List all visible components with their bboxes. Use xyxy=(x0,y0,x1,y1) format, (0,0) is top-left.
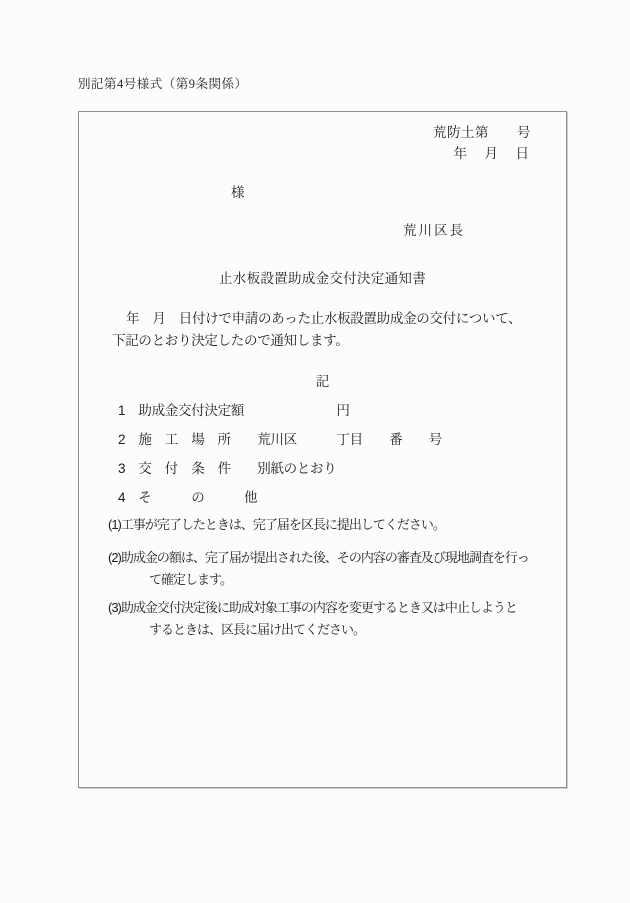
date-line: 年 月 日 xyxy=(454,147,532,161)
body-paragraph-line-1: 年 月 日付けで申請のあった止水板設置助成金の交付について、 xyxy=(126,312,521,326)
item-other: 4 そ の 他 xyxy=(118,491,257,505)
document-page: 別記第4号様式（第9条関係） 荒防土第 号 年 月 日 様 荒川区長 止水板設置… xyxy=(0,0,630,903)
record-heading: 記 xyxy=(79,375,566,389)
sender-name: 荒川区長 xyxy=(403,224,465,238)
note-3-line-1: (3)助成金交付決定後に助成対象工事の内容を変更するとき又は中止しようと xyxy=(108,601,517,614)
doc-number-line: 荒防土第 号 xyxy=(433,126,531,140)
note-2-line-2: て確定します。 xyxy=(149,573,232,586)
item-grant-conditions: 3 交 付 条 件 別紙のとおり xyxy=(118,462,336,476)
item-construction-site: 2 施 工 場 所 荒川区 丁目 番 号 xyxy=(118,433,442,447)
note-3-line-2: するときは、区長に届け出てください。 xyxy=(149,623,365,636)
document-border-box: 荒防土第 号 年 月 日 様 荒川区長 止水板設置助成金交付決定通知書 年 月 … xyxy=(78,111,567,788)
note-1: (1)工事が完了したときは、完了届を区長に提出してください。 xyxy=(108,518,445,531)
item-grant-decision-amount: 1 助成金交付決定額 円 xyxy=(118,404,350,418)
form-reference-label: 別記第4号様式（第9条関係） xyxy=(78,78,248,91)
note-2-line-1: (2)助成金の額は、完了届が提出された後、その内容の審査及び現地調査を行っ xyxy=(108,551,529,564)
addressee-suffix: 様 xyxy=(231,186,244,200)
body-paragraph-line-2: 下記のとおり決定したので通知します。 xyxy=(112,334,349,348)
document-title: 止水板設置助成金交付決定通知書 xyxy=(79,272,566,286)
